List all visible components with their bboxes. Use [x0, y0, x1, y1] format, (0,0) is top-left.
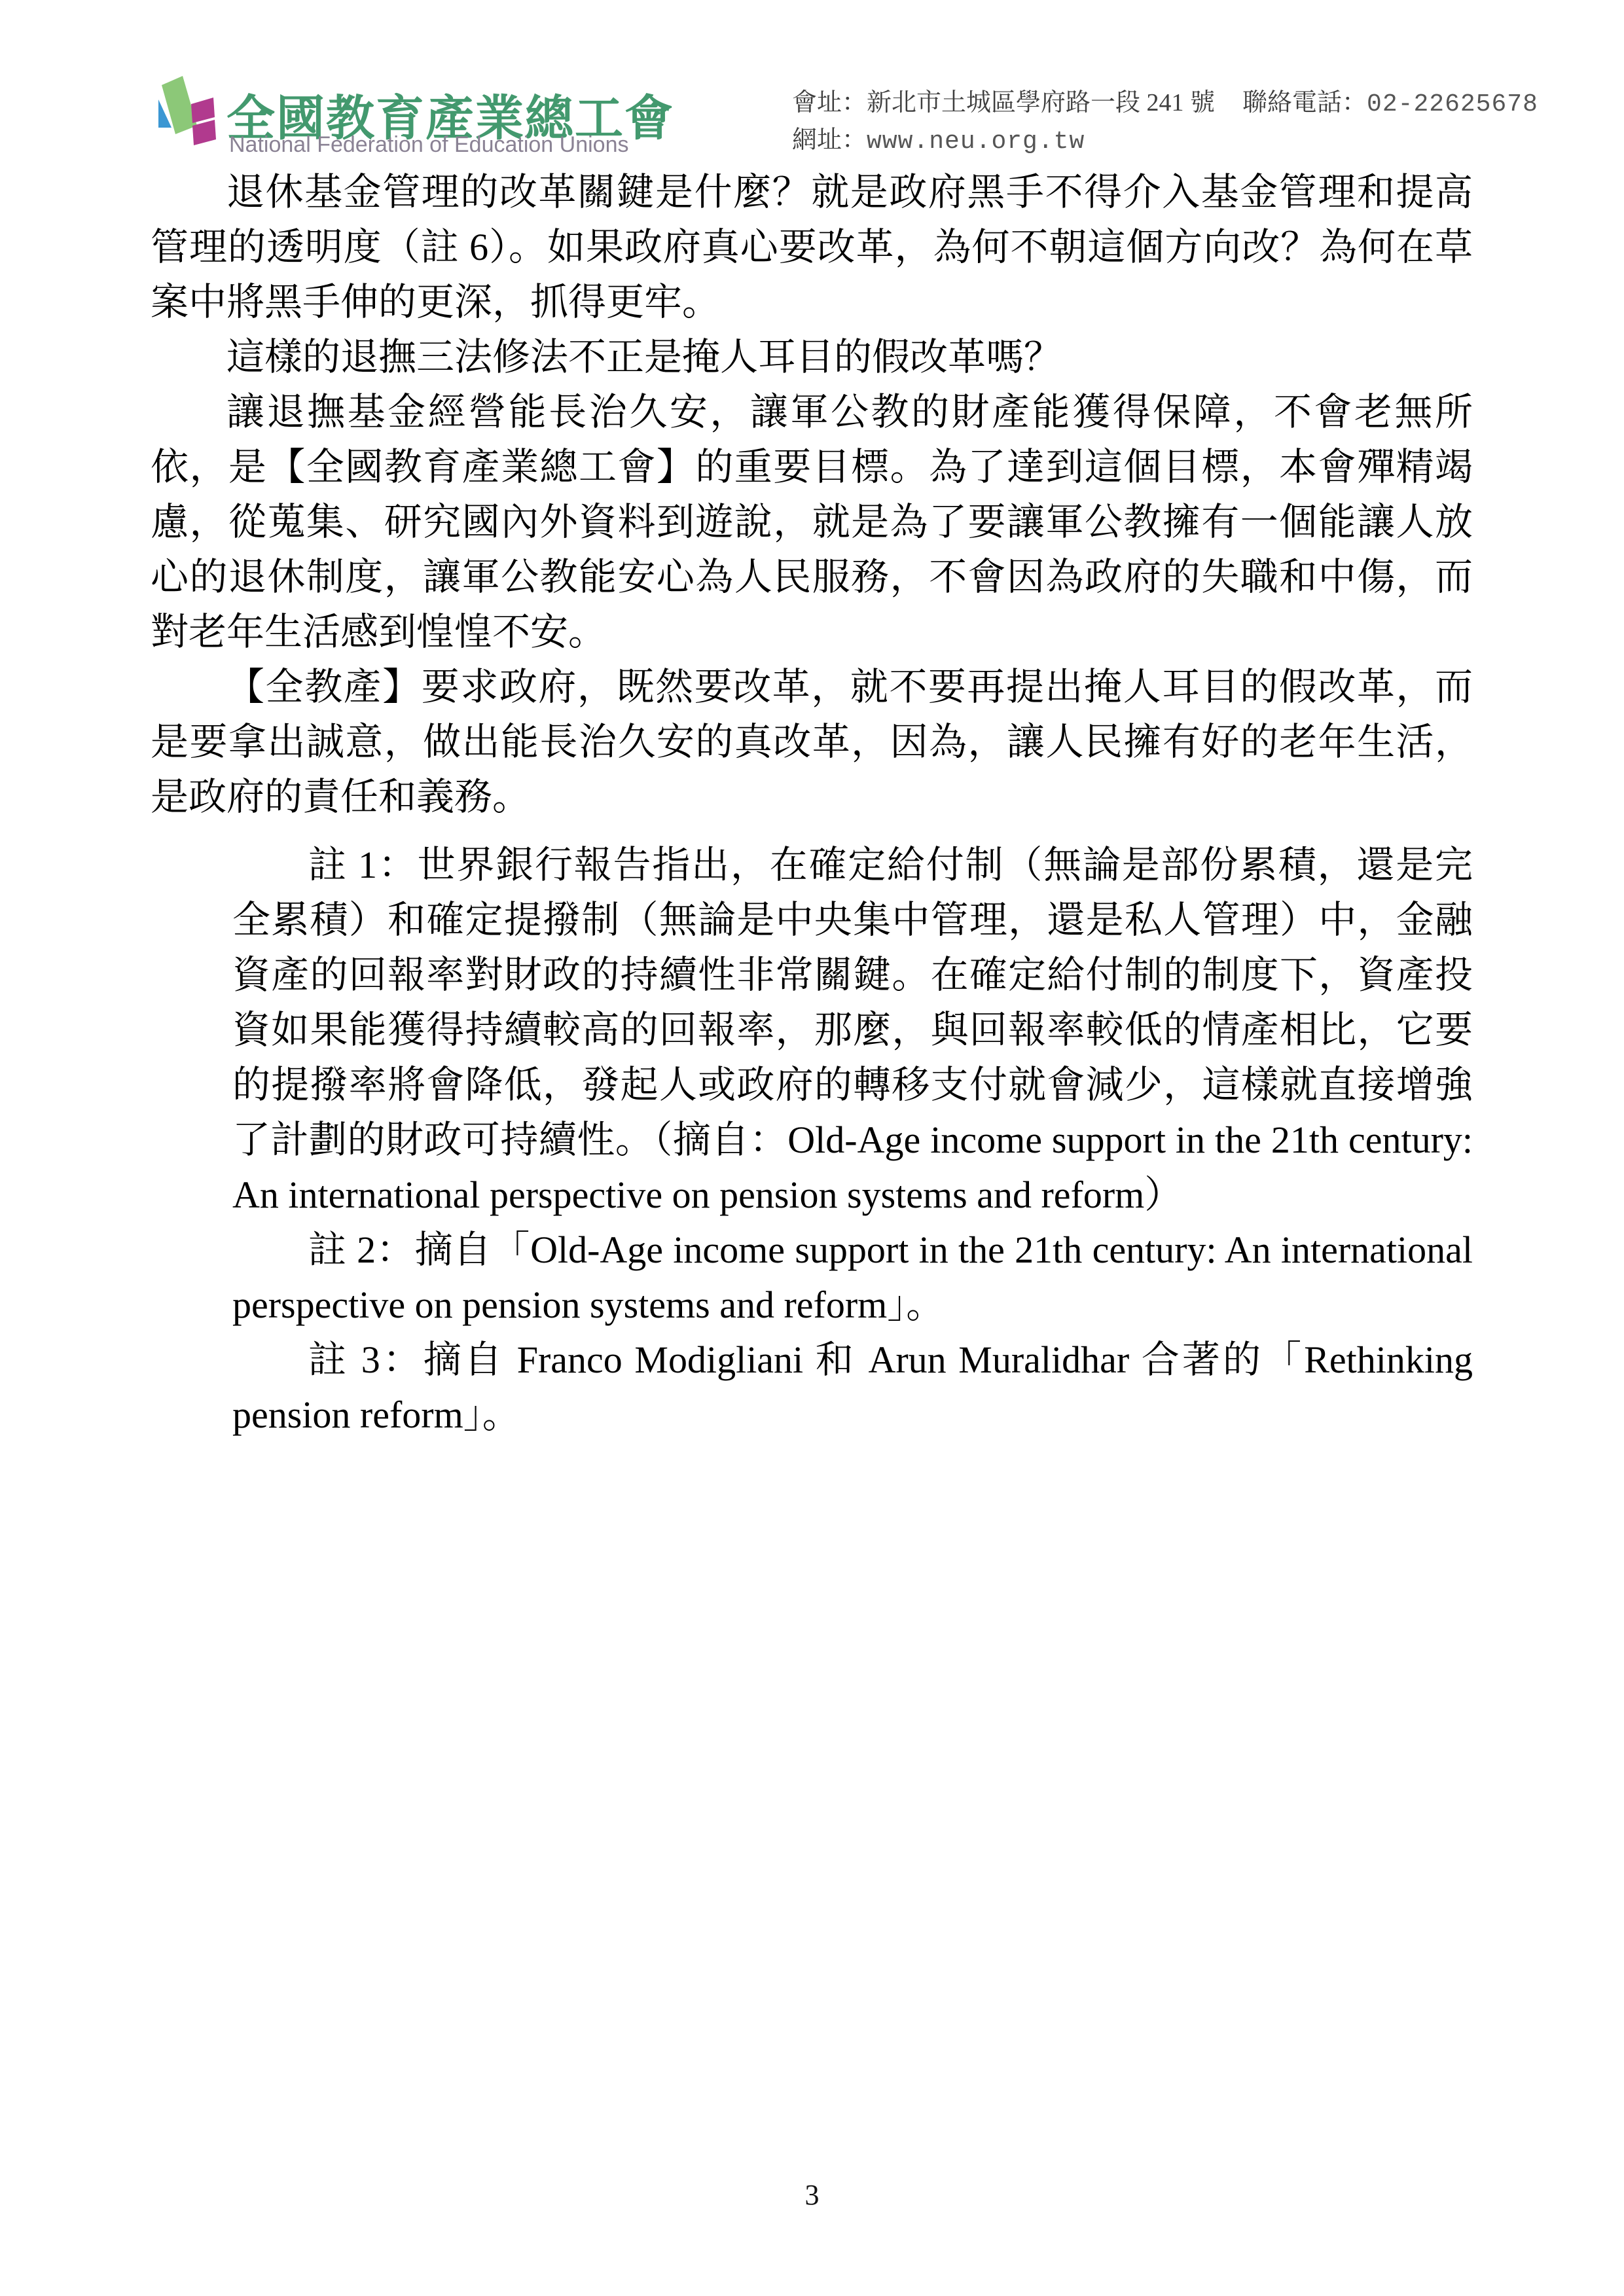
footnote-text: 摘自「Old-Age income support in the 21th ce…: [232, 1229, 1473, 1326]
website-value: www.neu.org.tw: [867, 128, 1085, 156]
footnotes: 註 1：世界銀行報告指出，在確定給付制（無論是部份累積，還是完全累積）和確定提撥…: [151, 838, 1473, 1443]
footnote-label: 註 3：: [308, 1338, 424, 1381]
document-page: 全國教育產業總工會 National Federation of Educati…: [0, 0, 1624, 2296]
phone-value: 02-22625678: [1367, 90, 1538, 118]
paragraph: 讓退撫基金經營能長治久安，讓軍公教的財產能獲得保障，不會老無所依，是【全國教育產…: [151, 385, 1473, 660]
footnote: 註 1：世界銀行報告指出，在確定給付制（無論是部份累積，還是完全累積）和確定提撥…: [151, 838, 1473, 1223]
footnote-label: 註 2：: [308, 1229, 415, 1271]
website-label: 網址：: [792, 126, 867, 154]
phone-group: 聯絡電話：02-22625678: [1242, 89, 1538, 117]
paragraph: 【全教產】要求政府，既然要改革，就不要再提出掩人耳目的假改革，而是要拿出誠意，做…: [151, 660, 1473, 825]
address-value: 新北市土城區學府路一段 241 號: [867, 89, 1215, 117]
address-label: 會址：: [792, 89, 867, 117]
footnote: 註 3：摘自 Franco Modigliani 和 Arun Muralidh…: [151, 1333, 1473, 1443]
paragraph: 這樣的退撫三法修法不正是掩人耳目的假改革嗎？: [151, 330, 1473, 385]
contact-line-address: 會址：新北市土城區學府路一段 241 號聯絡電話：02-22625678: [792, 85, 1591, 122]
org-name-en: National Federation of Education Unions: [229, 132, 629, 158]
footnote: 註 2：摘自「Old-Age income support in the 21t…: [151, 1223, 1473, 1333]
paragraph: 退休基金管理的改革關鍵是什麼？就是政府黑手不得介入基金管理和提高管理的透明度（註…: [151, 165, 1473, 330]
contact-line-website: 網址：www.neu.org.tw: [792, 122, 1591, 160]
phone-label: 聯絡電話：: [1242, 89, 1367, 117]
org-logo-icon: [129, 65, 234, 164]
page-number: 3: [0, 2178, 1624, 2212]
contact-block: 會址：新北市土城區學府路一段 241 號聯絡電話：02-22625678 網址：…: [792, 85, 1591, 160]
document-body: 退休基金管理的改革關鍵是什麼？就是政府黑手不得介入基金管理和提高管理的透明度（註…: [151, 165, 1473, 1443]
footnote-label: 註 1：: [308, 844, 418, 886]
footnote-text: 世界銀行報告指出，在確定給付制（無論是部份累積，還是完全累積）和確定提撥制（無論…: [232, 844, 1473, 1216]
